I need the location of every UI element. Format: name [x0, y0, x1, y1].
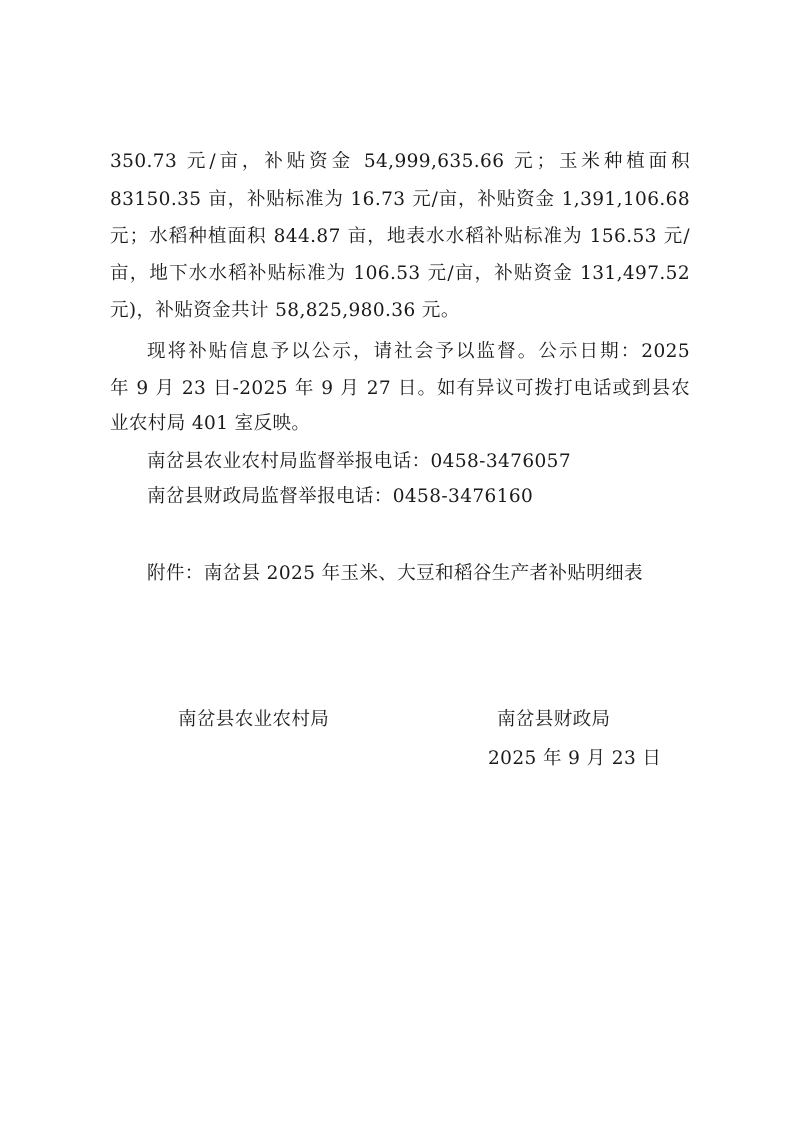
body-line: 83150.35 亩，补贴标准为 16.73 元/亩，补贴资金 1,391,10… — [110, 189, 690, 211]
signature-date: 2025 年 9 月 23 日 — [488, 748, 688, 770]
body-line: 亩，地下水水稻补贴标准为 106.53 元/亩，补贴资金 131,497.52 — [110, 263, 690, 285]
notice-line: 业农村局 401 室反映。 — [110, 413, 690, 435]
attachment-line: 附件：南岔县 2025 年玉米、大豆和稻谷生产者补贴明细表 — [147, 563, 690, 585]
hotline-finance: 南岔县财政局监督举报电话：0458-3476160 — [147, 486, 690, 508]
body-line: 350.73 元/亩，补贴资金 54,999,635.66 元；玉米种植面积 — [110, 151, 690, 173]
hotline-agriculture: 南岔县农业农村局监督举报电话：0458-3476057 — [147, 451, 690, 473]
notice-line: 现将补贴信息予以公示，请社会予以监督。公示日期：2025 — [147, 341, 690, 363]
body-line: 元；水稻种植面积 844.87 亩，地表水水稻补贴标准为 156.53 元/ — [110, 226, 690, 248]
body-line: 元)，补贴资金共计 58,825,980.36 元。 — [110, 300, 690, 322]
notice-line: 年 9 月 23 日-2025 年 9 月 27 日。如有异议可拨打电话或到县农 — [110, 378, 690, 400]
signature-agriculture-bureau: 南岔县农业农村局 — [178, 709, 378, 731]
signature-finance-bureau: 南岔县财政局 — [497, 709, 697, 731]
